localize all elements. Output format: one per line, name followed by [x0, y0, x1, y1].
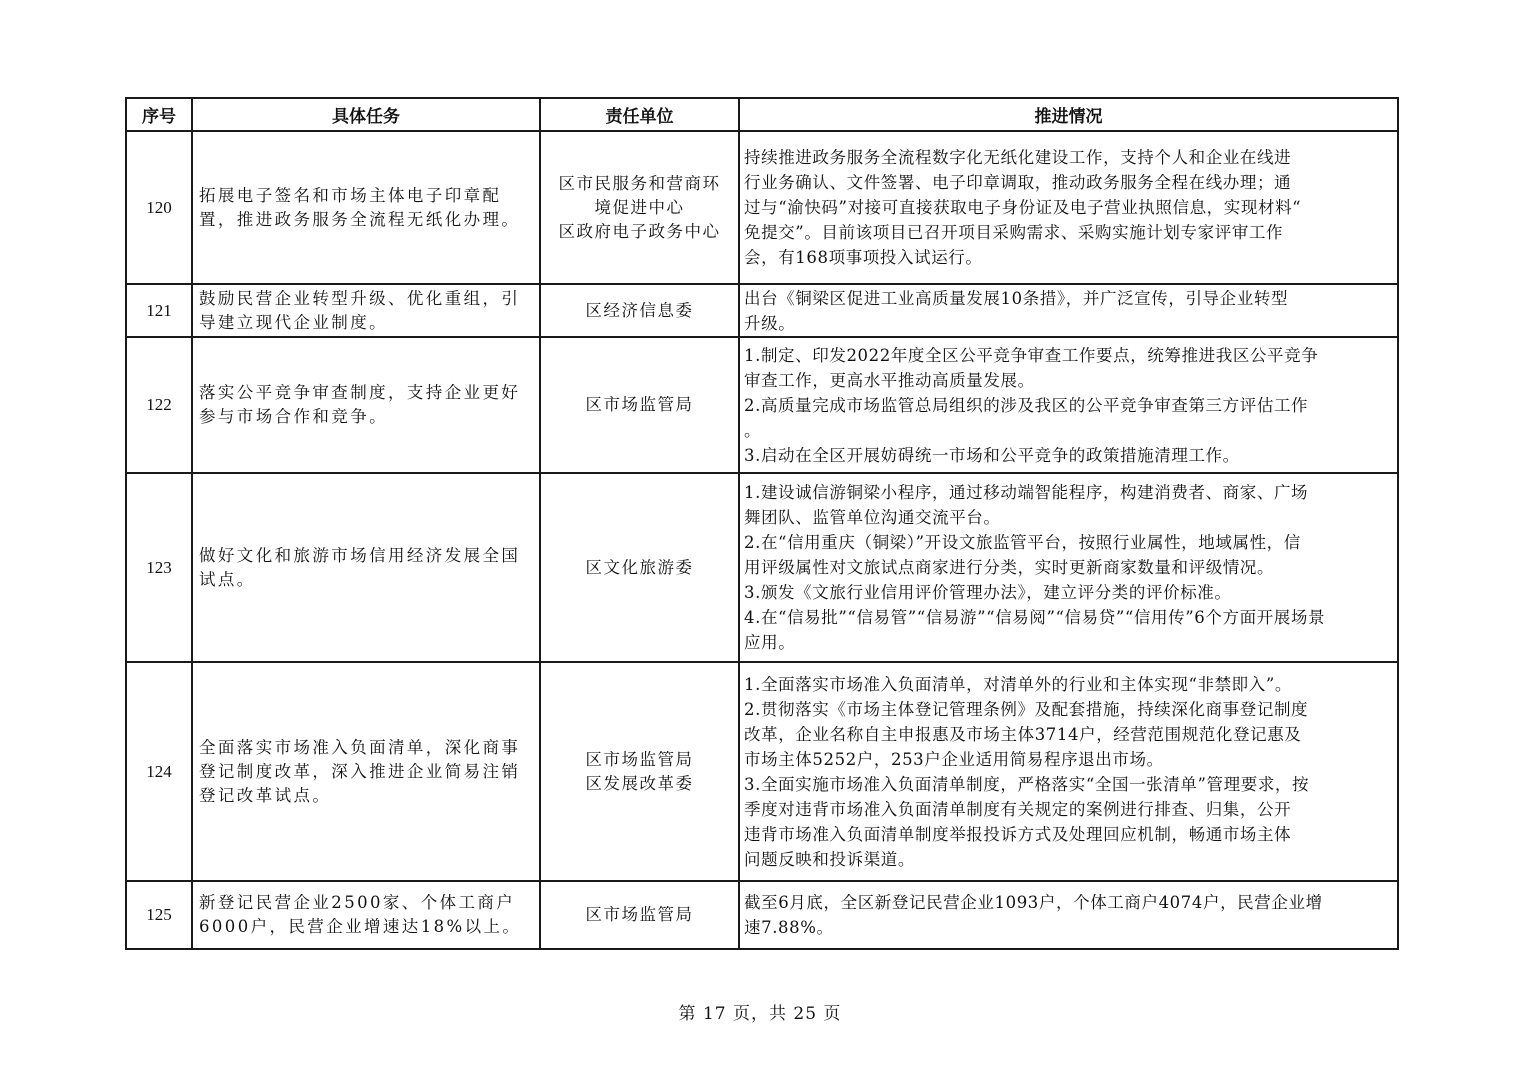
task-line: 6000户，民营企业增速达18%以上。: [199, 915, 535, 939]
row-number: 121: [126, 284, 192, 337]
task-cell: 做好文化和旅游市场信用经济发展全国试点。: [192, 473, 540, 662]
unit-cell: 区经济信息委: [540, 284, 739, 337]
progress-cell: 截至6月底，全区新登记民营企业1093户，个体工商户4074户，民营企业增速7.…: [739, 881, 1398, 949]
unit-line: 区市场监管局: [541, 748, 738, 772]
progress-line: 3.颁发《文旅行业信用评价管理办法》，建立评分类的评价标准。: [744, 580, 1393, 605]
task-line: 拓展电子签名和市场主体电子印章配: [199, 184, 535, 208]
task-line: 落实公平竞争审查制度，支持企业更好: [199, 381, 535, 405]
task-line: 置，推进政务服务全流程无纸化办理。: [199, 208, 535, 232]
task-cell: 鼓励民营企业转型升级、优化重组，引导建立现代企业制度。: [192, 284, 540, 337]
table-row: 121 鼓励民营企业转型升级、优化重组，引导建立现代企业制度。 区经济信息委 出…: [126, 284, 1398, 337]
progress-line: 1.制定、印发2022年度全区公平竞争审查工作要点，统筹推进我区公平竞争: [744, 343, 1393, 368]
table-header-row: 序号 具体任务 责任单位 推进情况: [126, 98, 1398, 131]
progress-cell: 出台《铜梁区促进工业高质量发展10条措》，并广泛宣传，引导企业转型升级。: [739, 284, 1398, 337]
progress-line: 2.在“信用重庆（铜梁）”开设文旅监管平台，按照行业属性，地域属性，信: [744, 530, 1393, 555]
header-no: 序号: [126, 98, 192, 131]
progress-line: 截至6月底，全区新登记民营企业1093户，个体工商户4074户，民营企业增: [744, 890, 1393, 915]
unit-line: 境促进中心: [541, 196, 738, 220]
progress-line: 速7.88%。: [744, 915, 1393, 940]
progress-line: 1.全面落实市场准入负面清单，对清单外的行业和主体实现“非禁即入”。: [744, 672, 1393, 697]
unit-line: 区市场监管局: [541, 903, 738, 927]
task-line: 鼓励民营企业转型升级、优化重组，引: [199, 287, 535, 311]
progress-line: 问题反映和投诉渠道。: [744, 847, 1393, 872]
progress-line: 用评级属性对文旅试点商家进行分类，实时更新商家数量和评级情况。: [744, 555, 1393, 580]
task-line: 做好文化和旅游市场信用经济发展全国: [199, 544, 535, 568]
progress-line: 违背市场准入负面清单制度举报投诉方式及处理回应机制，畅通市场主体: [744, 822, 1393, 847]
row-number: 125: [126, 881, 192, 949]
progress-line: 3.全面实施市场准入负面清单制度，严格落实“全国一张清单”管理要求，按: [744, 772, 1393, 797]
progress-line: 改革，企业名称自主申报惠及市场主体3714户，经营范围规范化登记惠及: [744, 722, 1393, 747]
unit-cell: 区市场监管局: [540, 337, 739, 473]
table-row: 124 全面落实市场准入负面清单，深化商事登记制度改革，深入推进企业简易注销登记…: [126, 662, 1398, 881]
progress-line: 2.贯彻落实《市场主体登记管理条例》及配套措施，持续深化商事登记制度: [744, 697, 1393, 722]
unit-line: 区文化旅游委: [541, 556, 738, 580]
unit-line: 区市场监管局: [541, 393, 738, 417]
progress-line: 审查工作，更高水平推动高质量发展。: [744, 368, 1393, 393]
row-number: 122: [126, 337, 192, 473]
table-row: 123 做好文化和旅游市场信用经济发展全国试点。 区文化旅游委 1.建设诚信游铜…: [126, 473, 1398, 662]
progress-cell: 1.制定、印发2022年度全区公平竞争审查工作要点，统筹推进我区公平竞争审查工作…: [739, 337, 1398, 473]
progress-line: 行业务确认、文件签署、电子印章调取，推动政务服务全程在线办理；通: [744, 170, 1393, 195]
progress-line: 会，有168项事项投入试运行。: [744, 245, 1393, 270]
header-unit: 责任单位: [540, 98, 739, 131]
task-line: 新登记民营企业2500家、个体工商户: [199, 891, 535, 915]
task-line: 导建立现代企业制度。: [199, 311, 535, 335]
unit-line: 区市民服务和营商环: [541, 172, 738, 196]
header-progress: 推进情况: [739, 98, 1398, 131]
task-line: 参与市场合作和竞争。: [199, 405, 535, 429]
table-row: 120 拓展电子签名和市场主体电子印章配置，推进政务服务全流程无纸化办理。 区市…: [126, 131, 1398, 284]
progress-cell: 持续推进政务服务全流程数字化无纸化建设工作，支持个人和企业在线进行业务确认、文件…: [739, 131, 1398, 284]
task-cell: 新登记民营企业2500家、个体工商户6000户，民营企业增速达18%以上。: [192, 881, 540, 949]
progress-line: 1.建设诚信游铜梁小程序，通过移动端智能程序，构建消费者、商家、广场: [744, 480, 1393, 505]
task-line: 登记改革试点。: [199, 784, 535, 808]
progress-line: 4.在“信易批”“信易管”“信易游”“信易阅”“信易贷”“信用传”6个方面开展场…: [744, 605, 1393, 630]
unit-cell: 区市场监管局: [540, 881, 739, 949]
unit-cell: 区市场监管局区发展改革委: [540, 662, 739, 881]
unit-line: 区经济信息委: [541, 299, 738, 323]
header-task: 具体任务: [192, 98, 540, 131]
progress-line: 3.启动在全区开展妨碍统一市场和公平竞争的政策措施清理工作。: [744, 443, 1393, 468]
progress-line: 应用。: [744, 630, 1393, 655]
task-cell: 落实公平竞争审查制度，支持企业更好参与市场合作和竞争。: [192, 337, 540, 473]
progress-table: 序号 具体任务 责任单位 推进情况 120 拓展电子签名和市场主体电子印章配置，…: [125, 97, 1399, 950]
task-line: 试点。: [199, 568, 535, 592]
progress-cell: 1.建设诚信游铜梁小程序，通过移动端智能程序，构建消费者、商家、广场舞团队、监管…: [739, 473, 1398, 662]
progress-line: 出台《铜梁区促进工业高质量发展10条措》，并广泛宣传，引导企业转型: [744, 286, 1393, 311]
task-cell: 拓展电子签名和市场主体电子印章配置，推进政务服务全流程无纸化办理。: [192, 131, 540, 284]
unit-line: 区发展改革委: [541, 772, 738, 796]
unit-cell: 区文化旅游委: [540, 473, 739, 662]
task-line: 全面落实市场准入负面清单，深化商事: [199, 736, 535, 760]
table-row: 122 落实公平竞争审查制度，支持企业更好参与市场合作和竞争。 区市场监管局 1…: [126, 337, 1398, 473]
progress-line: 过与“渝快码”对接可直接获取电子身份证及电子营业执照信息，实现材料“: [744, 195, 1393, 220]
unit-line: 区政府电子政务中心: [541, 220, 738, 244]
row-number: 120: [126, 131, 192, 284]
row-number: 124: [126, 662, 192, 881]
table-row: 125 新登记民营企业2500家、个体工商户6000户，民营企业增速达18%以上…: [126, 881, 1398, 949]
progress-line: 市场主体5252户，253户企业适用简易程序退出市场。: [744, 747, 1393, 772]
task-cell: 全面落实市场准入负面清单，深化商事登记制度改革，深入推进企业简易注销登记改革试点…: [192, 662, 540, 881]
progress-line: 免提交”。目前该项目已召开项目采购需求、采购实施计划专家评审工作: [744, 220, 1393, 245]
progress-line: 。: [744, 418, 1393, 443]
task-line: 登记制度改革，深入推进企业简易注销: [199, 760, 535, 784]
progress-cell: 1.全面落实市场准入负面清单，对清单外的行业和主体实现“非禁即入”。2.贯彻落实…: [739, 662, 1398, 881]
progress-line: 升级。: [744, 311, 1393, 336]
progress-line: 舞团队、监管单位沟通交流平台。: [744, 505, 1393, 530]
row-number: 123: [126, 473, 192, 662]
page-number: 第 17 页，共 25 页: [0, 999, 1520, 1024]
progress-line: 2.高质量完成市场监管总局组织的涉及我区的公平竞争审查第三方评估工作: [744, 393, 1393, 418]
progress-line: 持续推进政务服务全流程数字化无纸化建设工作，支持个人和企业在线进: [744, 145, 1393, 170]
progress-line: 季度对违背市场准入负面清单制度有关规定的案例进行排查、归集，公开: [744, 797, 1393, 822]
unit-cell: 区市民服务和营商环境促进中心区政府电子政务中心: [540, 131, 739, 284]
